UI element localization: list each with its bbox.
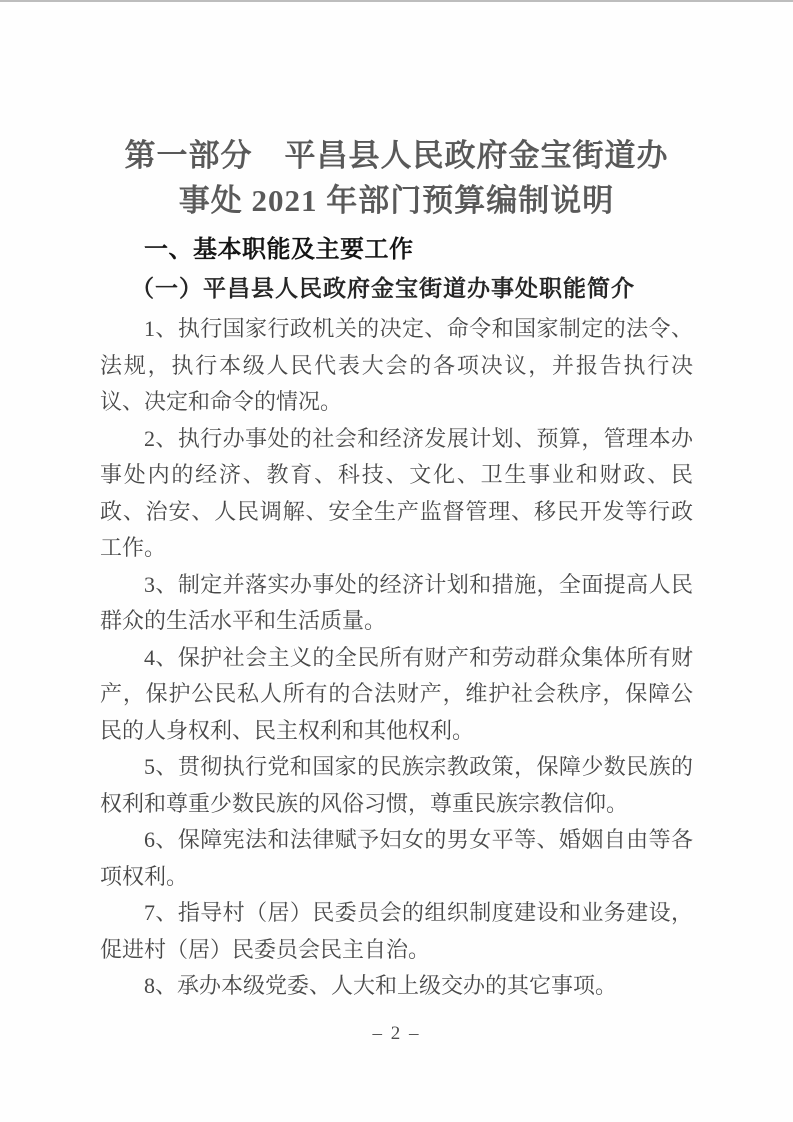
- page-top-edge-line: [0, 0, 793, 2]
- paragraph-2: 2、执行办事处的社会和经济发展计划、预算，管理本办事处内的经济、教育、科技、文化…: [100, 421, 693, 567]
- subsection-heading: （一）平昌县人民政府金宝街道办事处职能简介: [131, 274, 693, 304]
- paragraph-6: 6、保障宪法和法律赋予妇女的男女平等、婚姻自由等各项权利。: [100, 822, 693, 895]
- paragraph-7: 7、指导村（居）民委员会的组织制度建设和业务建设，促进村（居）民委员会民主自治。: [100, 895, 693, 968]
- document-title-line-1: 第一部分 平昌县人民政府金宝街道办: [100, 133, 693, 178]
- paragraph-3: 3、制定并落实办事处的经济计划和措施，全面提高人民群众的生活水平和生活质量。: [100, 567, 693, 640]
- document-body: 1、执行国家行政机关的决定、命令和国家制定的法令、法规，执行本级人民代表大会的各…: [100, 311, 693, 1005]
- paragraph-1: 1、执行国家行政机关的决定、命令和国家制定的法令、法规，执行本级人民代表大会的各…: [100, 311, 693, 421]
- section-heading: 一、基本职能及主要工作: [144, 235, 693, 265]
- document-title-line-2: 事处 2021 年部门预算编制说明: [100, 178, 693, 223]
- document-title: 第一部分 平昌县人民政府金宝街道办 事处 2021 年部门预算编制说明: [100, 133, 693, 223]
- document-page: 第一部分 平昌县人民政府金宝街道办 事处 2021 年部门预算编制说明 一、基本…: [0, 0, 793, 1122]
- paragraph-4: 4、保护社会主义的全民所有财产和劳动群众集体所有财产，保护公民私人所有的合法财产…: [100, 640, 693, 750]
- page-number: – 2 –: [0, 1023, 793, 1045]
- paragraph-8: 8、承办本级党委、人大和上级交办的其它事项。: [100, 968, 693, 1005]
- paragraph-5: 5、贯彻执行党和国家的民族宗教政策，保障少数民族的权利和尊重少数民族的风俗习惯，…: [100, 749, 693, 822]
